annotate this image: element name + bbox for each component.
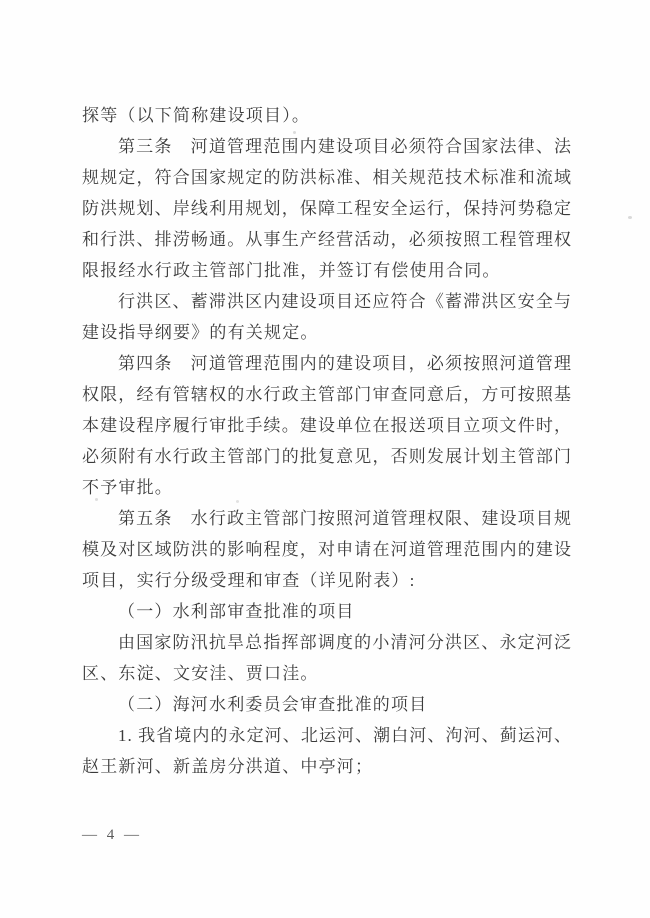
text-line: （二）海河水利委员会审查批准的项目 bbox=[82, 689, 572, 720]
text-line: 规规定，符合国家规定的防洪标准、相关规范技术标准和流域 bbox=[82, 162, 572, 193]
text-line: 和行洪、排涝畅通。从事生产经营活动，必须按照工程管理权 bbox=[82, 224, 572, 255]
text-line: 项目，实行分级受理和审查（详见附表）: bbox=[82, 565, 572, 596]
text-line: 由国家防汛抗旱总指挥部调度的小清河分洪区、永定河泛 bbox=[82, 627, 572, 658]
text-line: 建设指导纲要》的有关规定。 bbox=[82, 317, 572, 348]
text-line: 权限，经有管辖权的水行政主管部门审查同意后，方可按照基 bbox=[82, 379, 572, 410]
page-number: — 4 — bbox=[82, 824, 142, 846]
text-line: 探等（以下简称建设项目）。 bbox=[82, 100, 572, 131]
text-line: 限报经水行政主管部门批准，并签订有偿使用合同。 bbox=[82, 255, 572, 286]
text-line: 区、东淀、文安洼、贾口洼。 bbox=[82, 658, 572, 689]
scanned-document-page: 探等（以下简称建设项目）。 第三条 河道管理范围内建设项目必须符合国家法律、法 … bbox=[0, 0, 650, 918]
document-body-text: 探等（以下简称建设项目）。 第三条 河道管理范围内建设项目必须符合国家法律、法 … bbox=[82, 100, 572, 782]
text-line: （一）水利部审查批准的项目 bbox=[82, 596, 572, 627]
scan-speck bbox=[293, 131, 296, 134]
text-line: 本建设程序履行审批手续。建设单位在报送项目立项文件时， bbox=[82, 410, 572, 441]
text-line: 必须附有水行政主管部门的批复意见，否则发展计划主管部门 bbox=[82, 441, 572, 472]
text-line: 第四条 河道管理范围内的建设项目，必须按照河道管理 bbox=[82, 348, 572, 379]
text-line: 模及对区域防洪的影响程度，对申请在河道管理范围内的建设 bbox=[82, 534, 572, 565]
text-line: 1. 我省境内的永定河、北运河、潮白河、泃河、蓟运河、 bbox=[82, 720, 572, 751]
text-line: 赵王新河、新盖房分洪道、中亭河； bbox=[82, 751, 572, 782]
text-line: 第三条 河道管理范围内建设项目必须符合国家法律、法 bbox=[82, 131, 572, 162]
text-line: 防洪规划、岸线利用规划，保障工程安全运行，保持河势稳定 bbox=[82, 193, 572, 224]
text-line: 行洪区、蓄滞洪区内建设项目还应符合《蓄滞洪区安全与 bbox=[82, 286, 572, 317]
text-line: 不予审批。 bbox=[82, 472, 572, 503]
scan-speck bbox=[236, 500, 239, 503]
scan-speck bbox=[628, 216, 632, 219]
text-line: 第五条 水行政主管部门按照河道管理权限、建设项目规 bbox=[82, 503, 572, 534]
scan-speck bbox=[95, 498, 98, 501]
